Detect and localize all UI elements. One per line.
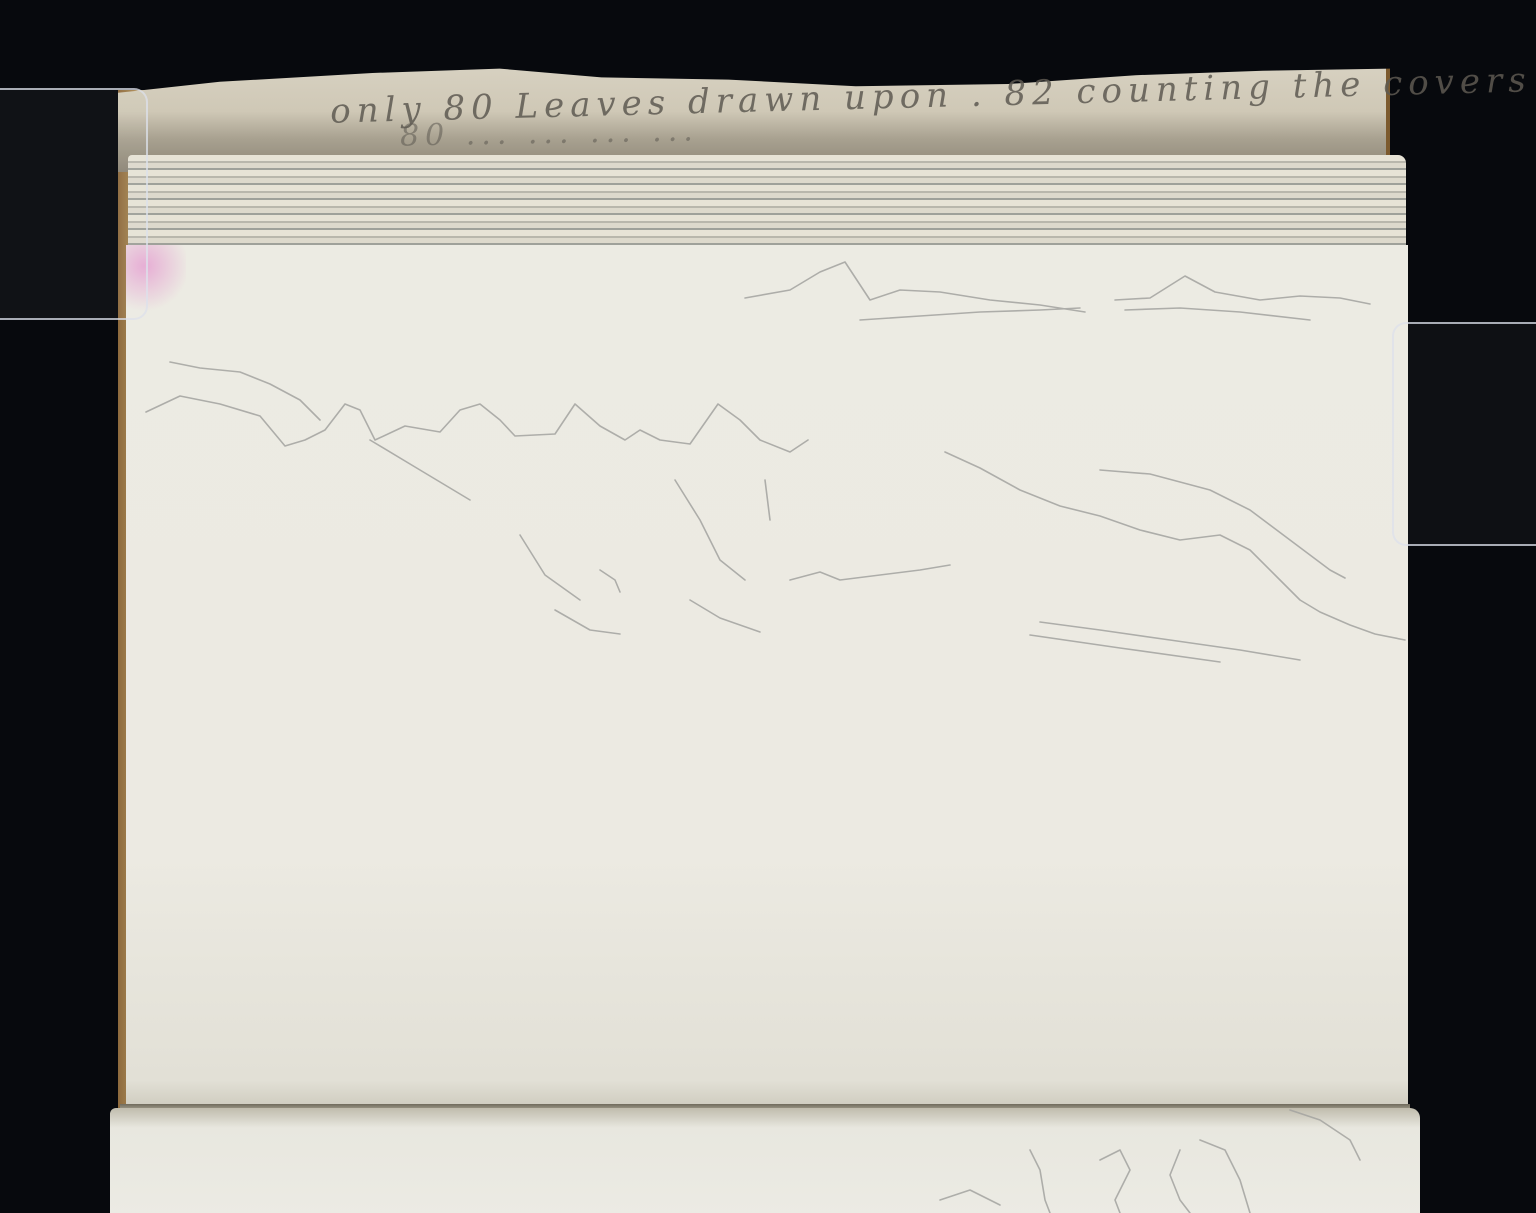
facing-page bbox=[110, 1108, 1420, 1213]
sketch-page bbox=[126, 245, 1408, 1115]
right-acrylic-clip bbox=[1392, 322, 1536, 546]
inscription-line-2: 80 ... ... ... ... bbox=[400, 113, 699, 153]
page-stack-edges bbox=[128, 155, 1406, 255]
left-acrylic-clip bbox=[0, 88, 148, 320]
sketchbook-photo: only 80 Leaves drawn upon . 82 counting … bbox=[0, 0, 1536, 1213]
